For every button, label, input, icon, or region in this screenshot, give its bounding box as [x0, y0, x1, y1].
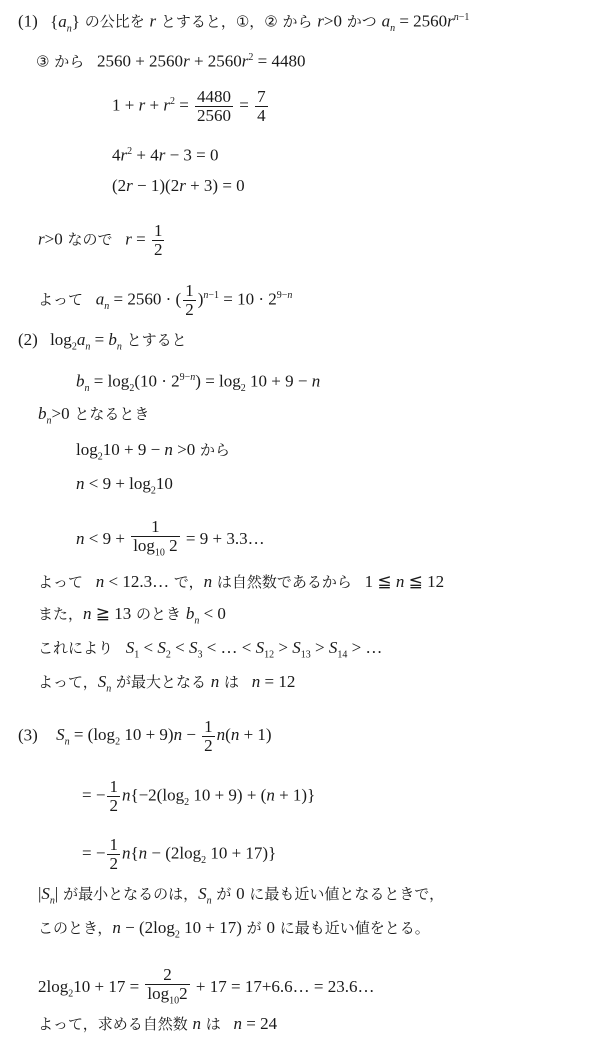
part2-label: (2) [18, 330, 38, 349]
part3-line-1: (3) Sn = (log2 10 + 9)n − 12n(n + 1) [18, 718, 272, 755]
part3-line-5: このとき，n − (2log2 10 + 17) が 0 に最も近い値をとる。 [38, 918, 430, 945]
part2-line-5: n < 9 + log210 [76, 474, 173, 501]
part1-line-1: (1) {an} の公比を r とすると，①，② から r>0 かつ an = … [18, 8, 469, 39]
part1-line-6: r>0 なので r = 12 [38, 222, 166, 259]
part1-line-2: ③ から 2560 + 2560r + 2560r2 = 4480 [36, 48, 306, 72]
part3-label: (3) [18, 725, 38, 744]
part3-line-7: よって，求める自然数 n は n = 24 [38, 1014, 277, 1034]
part2-line-10: よって，Sn が最大となる n は n = 12 [38, 672, 295, 699]
part2-line-4: log210 + 9 − n >0 から [76, 440, 230, 467]
part1-line-4: 4r2 + 4r − 3 = 0 [112, 142, 219, 166]
part1-line-3: 1 + r + r2 = 44802560 = 74 [112, 88, 270, 125]
part2-line-8: また，n ≧ 13 のとき bn < 0 [38, 604, 226, 631]
part3-line-2: = −12n{−2(log2 10 + 9) + (n + 1)} [82, 778, 315, 815]
part2-line-7: よって n < 12.3… で，n は自然数であるから 1 ≦ n ≦ 12 [38, 572, 444, 592]
part1-label: (1) [18, 12, 38, 31]
part2-line-9: これにより S1 < S2 < S3 < … < S12 > S13 > S14… [38, 638, 382, 665]
part1-line-5: (2r − 1)(2r + 3) = 0 [112, 176, 245, 196]
part3-line-4: |Sn| が最小となるのは，Sn が 0 に最も近い値となるときで， [38, 884, 444, 911]
part2-line-6: n < 9 + 1log10 2 = 9 + 3.3… [76, 518, 265, 562]
part1-line-7: よって an = 2560 · (12)n−1 = 10 · 29−n [38, 282, 292, 319]
cropped-text-fragment [410, 1044, 490, 1054]
part2-line-3: bn>0 となるとき [38, 404, 149, 431]
part3-line-6: 2log210 + 17 = 2log102 + 17 = 17+6.6… = … [38, 966, 375, 1010]
part2-line-1: (2) log2an = bn とすると [18, 330, 187, 357]
part2-line-2: bn = log2(10 · 29−n) = log2 10 + 9 − n [76, 368, 320, 399]
part3-line-3: = −12n{n − (2log2 10 + 17)} [82, 836, 276, 873]
